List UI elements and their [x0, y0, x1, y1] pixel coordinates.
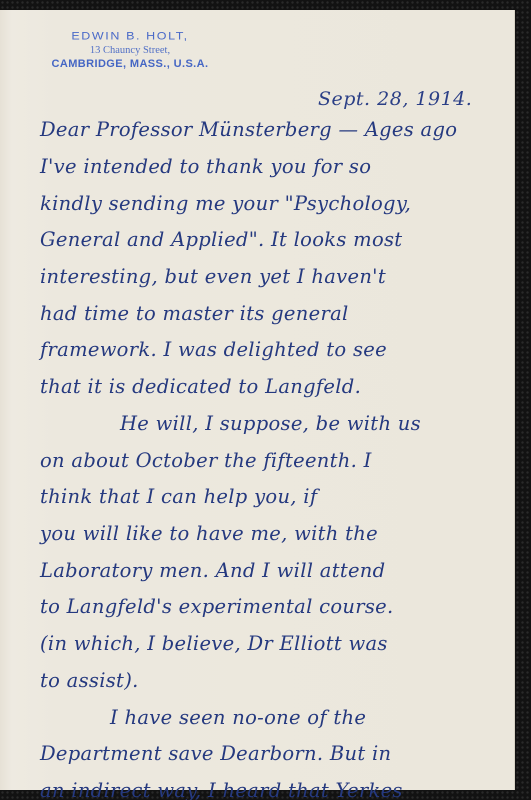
body-line: framework. I was delighted to see — [40, 338, 387, 361]
body-line: on about October the fifteenth. I — [40, 449, 372, 472]
letterhead-name: EDWIN B. HOLT, — [30, 30, 230, 44]
body-line: think that I can help you, if — [40, 485, 317, 508]
body-line: Department save Dearborn. But in — [40, 742, 391, 765]
body-line: to assist). — [40, 669, 139, 692]
letterhead: EDWIN B. HOLT, 13 Chauncy Street, CAMBRI… — [30, 29, 230, 71]
body-line: kindly sending me your "Psychology, — [40, 192, 411, 215]
body-line: I've intended to thank you for so — [40, 155, 371, 178]
body-line: you will like to have me, with the — [40, 522, 378, 545]
body-line: General and Applied". It looks most — [40, 228, 402, 251]
letterhead-city: CAMBRIDGE, MASS., U.S.A. — [30, 57, 230, 71]
body-line: (in which, I believe, Dr Elliott was — [40, 632, 388, 655]
body-line: Dear Professor Münsterberg — Ages ago — [40, 118, 457, 141]
letter-date: Sept. 28, 1914. — [318, 88, 472, 110]
letterhead-street: 13 Chauncy Street, — [30, 44, 230, 57]
body-line: an indirect way, I heard that Yerkes — [40, 779, 403, 800]
body-line: I have seen no-one of the — [110, 706, 366, 729]
body-line: interesting, but even yet I haven't — [40, 265, 386, 288]
body-line: Laboratory men. And I will attend — [40, 559, 385, 582]
body-line: He will, I suppose, be with us — [120, 412, 421, 435]
body-line: to Langfeld's experimental course. — [40, 595, 394, 618]
body-line: had time to master its general — [40, 302, 349, 325]
body-line: that it is dedicated to Langfeld. — [40, 375, 361, 398]
letter-page: EDWIN B. HOLT, 13 Chauncy Street, CAMBRI… — [0, 10, 514, 790]
